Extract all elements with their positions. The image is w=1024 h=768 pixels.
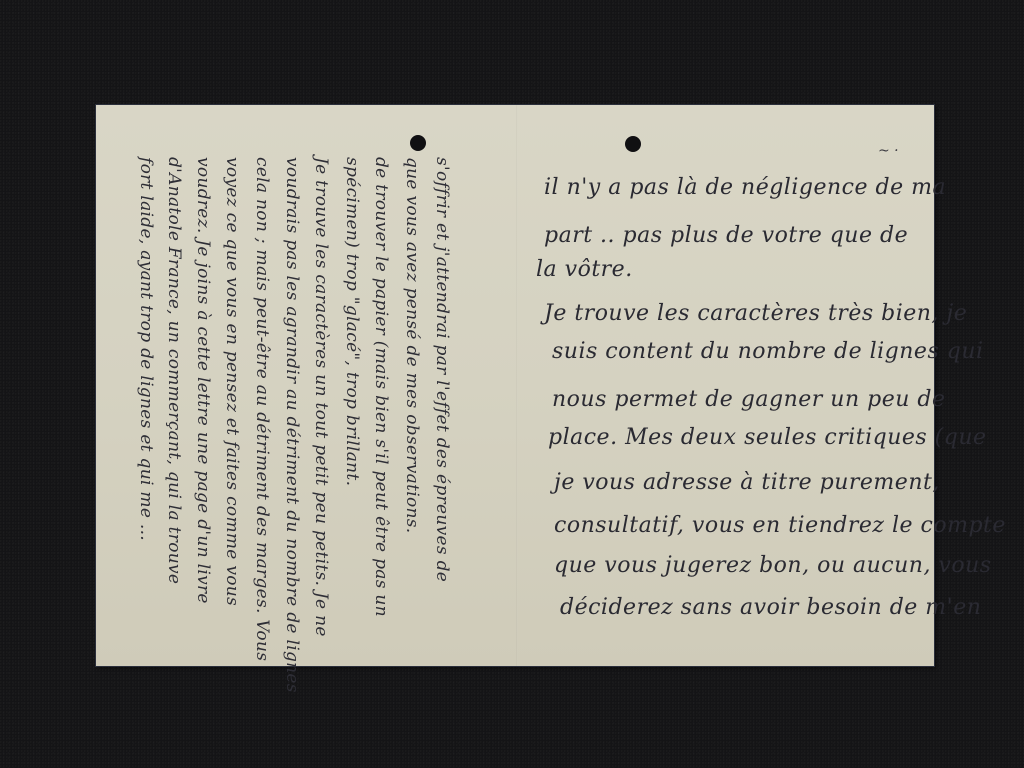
handwritten-line: place. Mes deux seules critiques (que	[548, 425, 987, 450]
handwritten-line: voudrais pas les agrandir au détriment d…	[282, 157, 302, 693]
handwritten-line: je vous adresse à titre purement,	[554, 470, 940, 495]
handwritten-line: nous permet de gagner un peu de	[552, 387, 945, 412]
letter-sheet: ~ · il n'y a pas là de négligence de ma …	[96, 105, 934, 666]
handwritten-line: cela non ; mais peut-être au détriment d…	[252, 157, 272, 661]
handwritten-line: que vous avez pensé de mes observations.	[402, 157, 422, 533]
handwritten-line: déciderez sans avoir besoin de m'en	[560, 595, 981, 620]
handwritten-line: il n'y a pas là de négligence de ma	[544, 175, 946, 200]
handwritten-line: spécimen) trop "glacé", trop brillant.	[342, 157, 362, 486]
handwritten-line: Je trouve les caractères très bien, je	[544, 301, 967, 326]
handwritten-line: la vôtre.	[536, 257, 633, 282]
handwritten-line: part .. pas plus de votre que de	[544, 223, 908, 248]
handwritten-line: suis content du nombre de lignes qui	[552, 339, 984, 364]
photo-scene: ~ · il n'y a pas là de négligence de ma …	[0, 0, 1024, 768]
handwritten-line: s'offrir et j'attendrai par l'effet des …	[432, 157, 452, 582]
handwritten-line: voyez ce que vous en pensez et faites co…	[222, 157, 242, 606]
handwritten-line: que vous jugerez bon, ou aucun, vous	[554, 553, 992, 578]
handwritten-line: Je trouve les caractères un tout petit p…	[311, 157, 331, 637]
handwritten-line: de trouver le papier (mais bien s'il peu…	[371, 157, 391, 617]
handwritten-line: voudrez. Je joins à cette lettre une pag…	[193, 157, 213, 604]
handwritten-line: fort laide, ayant trop de lignes et qui …	[136, 157, 156, 541]
corner-mark: ~ ·	[878, 143, 899, 159]
handwritten-line: consultatif, vous en tiendrez le compte	[554, 513, 1006, 538]
handwritten-line: d'Anatole France, un commerçant, qui la …	[164, 157, 184, 584]
